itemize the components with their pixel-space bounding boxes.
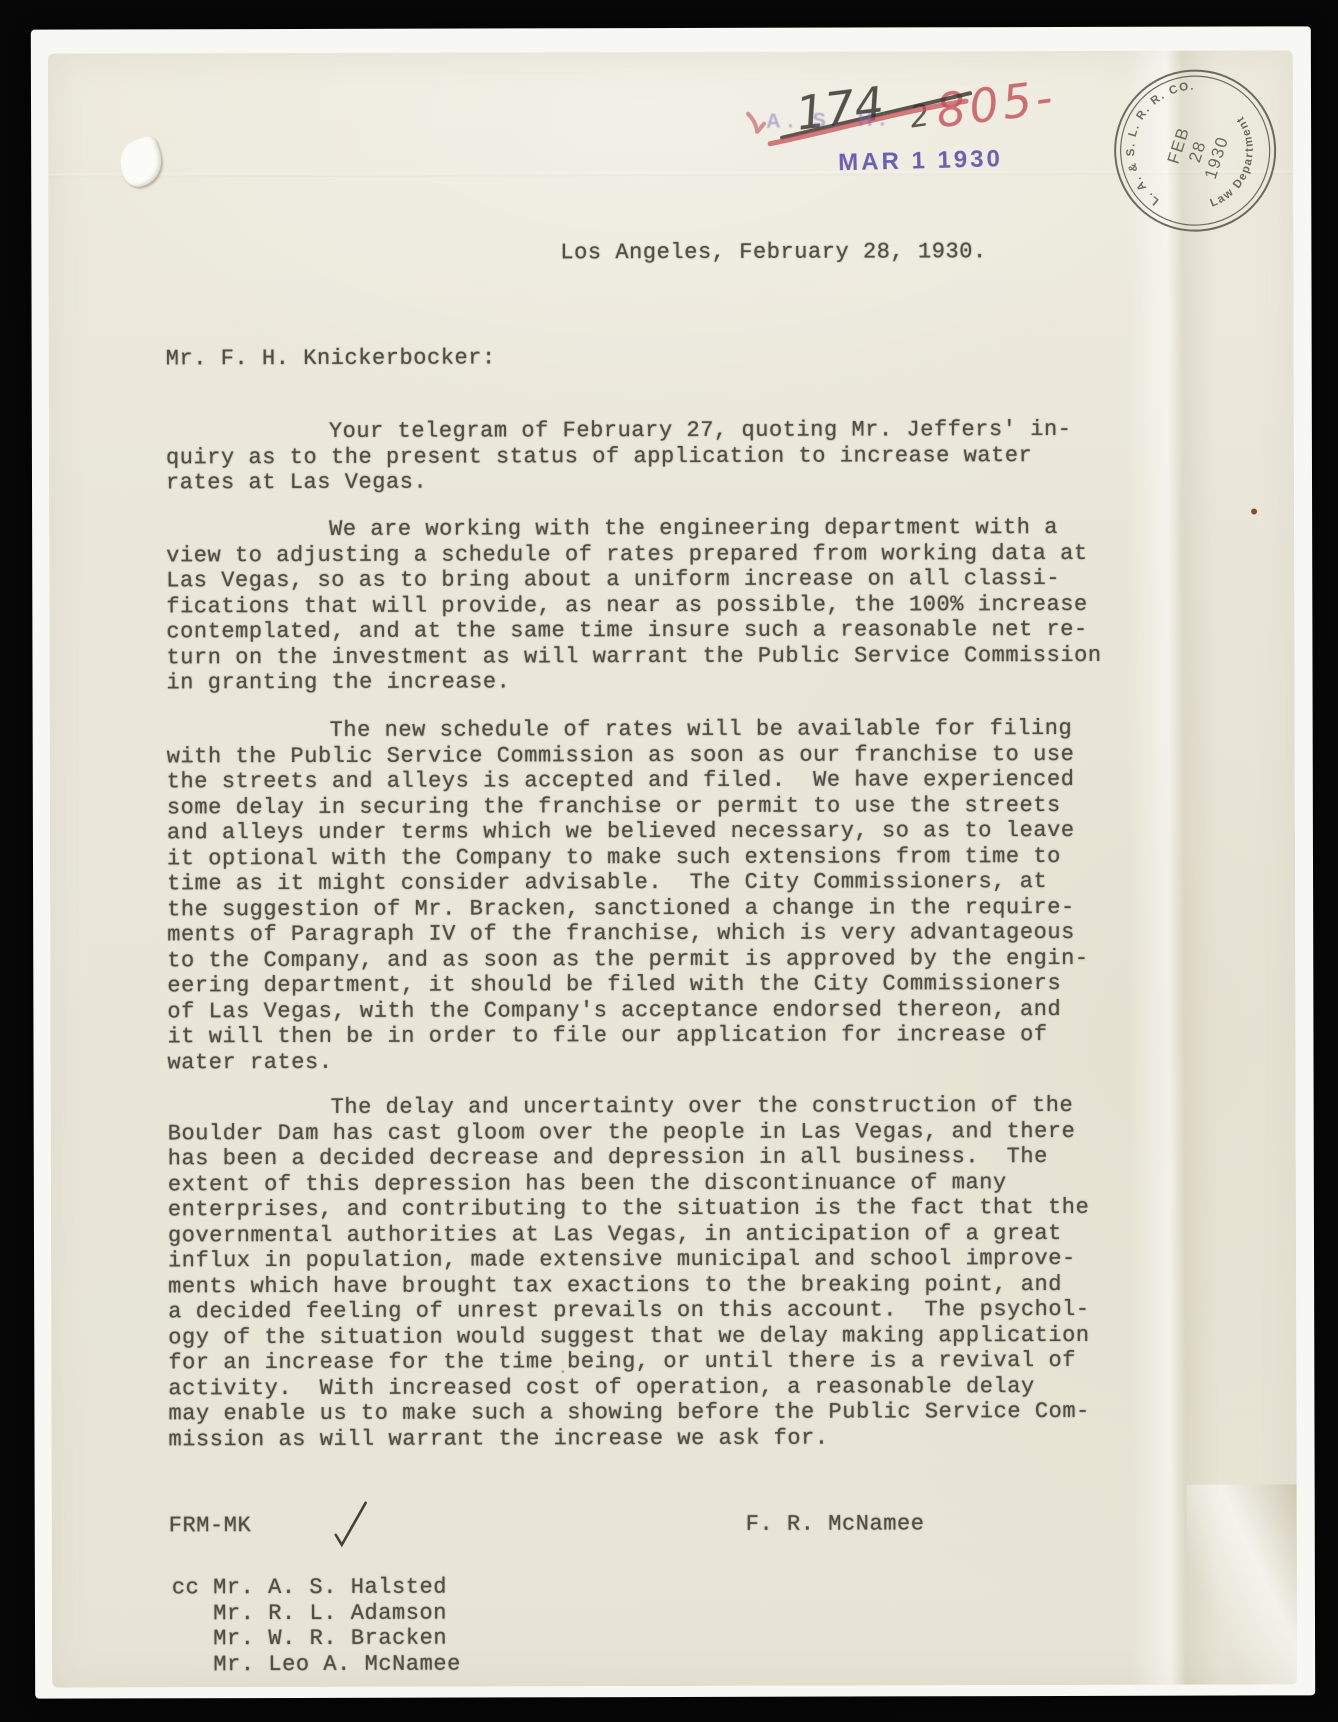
letter-line: some delay in securing the franchise or … [167, 792, 1088, 820]
letter-line: Las Vegas, so as to bring about a unifor… [166, 566, 1101, 594]
letter-line: The new schedule of rates will be availa… [167, 716, 1088, 744]
scanned-letter-page: 174 2 805- A. S. H. MAR 1 1930 [0, 0, 1338, 1722]
letter-line: mission as will warrant the increase we … [168, 1424, 1089, 1452]
letter-line: the streets and alleys is accepted and f… [167, 767, 1088, 795]
paragraph-1: Your telegram of February 27, quoting Mr… [166, 417, 1072, 496]
letter-line: and alleys under terms which we believed… [167, 818, 1088, 846]
letter-line: with the Public Service Commission as so… [167, 741, 1088, 769]
letter-line: a decided feeling of unrest prevails on … [168, 1297, 1089, 1325]
staple-tear-hole [114, 134, 168, 191]
letter-line: in granting the increase. [166, 668, 1101, 696]
letter-line: ogy of the situation would suggest that … [168, 1322, 1089, 1350]
letter-line: turn on the investment as will warrant t… [166, 642, 1101, 670]
letter-line: quiry as to the present status of applic… [166, 442, 1072, 470]
paragraph-4: The delay and uncertainty over the const… [168, 1093, 1090, 1452]
letter-line: time as it might consider advisable. The… [167, 869, 1088, 897]
letter-line: The delay and uncertainty over the const… [168, 1093, 1089, 1121]
salutation: Mr. F. H. Knickerbocker: [166, 345, 496, 371]
letter-line: the suggestion of Mr. Bracken, sanctione… [167, 894, 1088, 922]
letter-line: water rates. [167, 1047, 1088, 1075]
letter-line: Mr. W. R. Bracken [172, 1626, 461, 1652]
letter-line: ments of Paragraph IV of the franchise, … [167, 920, 1088, 948]
letter-line: view to adjusting a schedule of rates pr… [166, 540, 1101, 568]
signature: F. R. McNamee [746, 1511, 925, 1537]
cc-list: cc Mr. A. S. Halsted Mr. R. L. Adamson M… [172, 1575, 461, 1678]
letter-line: cc Mr. A. S. Halsted [172, 1575, 461, 1601]
letter-line: Mr. Leo A. McNamee [172, 1651, 461, 1677]
letter-line: has been a decided decrease and depressi… [168, 1144, 1089, 1172]
letter-line: We are working with the engineering depa… [166, 515, 1101, 543]
letter-line: influx in population, made extensive mun… [168, 1246, 1089, 1274]
pencil-small-number: 2 [908, 98, 932, 135]
letter-line: it optional with the Company to make suc… [167, 843, 1088, 871]
letter-line: Mr. R. L. Adamson [172, 1600, 461, 1626]
letter-line: may enable us to make such a showing bef… [168, 1399, 1089, 1427]
letter-line: Boulder Dam has cast gloom over the peop… [168, 1118, 1089, 1146]
letter-line: Your telegram of February 27, quoting Mr… [166, 417, 1072, 445]
letter-line: fications that will provide, as near as … [166, 591, 1101, 619]
checkmark [336, 1503, 366, 1545]
law-department-seal: L. A. & S. L. R. R. CO. Law Department F… [1095, 50, 1296, 251]
letter-paper: 174 2 805- A. S. H. MAR 1 1930 [48, 50, 1297, 1687]
letter-line: it will then be in order to file our app… [167, 1022, 1088, 1050]
red-curl-mark [748, 114, 764, 132]
paragraph-2: We are working with the engineering depa… [166, 515, 1102, 696]
letter-line: for an increase for the time being, or u… [168, 1348, 1089, 1376]
paper-speck [1251, 508, 1257, 514]
letter-line: activity. With increased cost of operati… [168, 1373, 1089, 1401]
letter-line: governmental authorities at Las Vegas, i… [168, 1220, 1089, 1248]
bottom-right-fold [1187, 1484, 1298, 1684]
letter-line: extent of this depression has been the d… [168, 1169, 1089, 1197]
letter-line: enterprises, and contributing to the sit… [168, 1195, 1089, 1223]
reference-initials: FRM-MK [169, 1513, 252, 1539]
letter-line: ments which have brought tax exactions t… [168, 1271, 1089, 1299]
dateline: Los Angeles, February 28, 1930. [560, 239, 986, 266]
letter-line: contemplated, and at the same time insur… [166, 617, 1101, 645]
vertical-crease [1126, 51, 1220, 1685]
letter-line: of Las Vegas, with the Company's accepta… [167, 996, 1088, 1024]
sheet-stack: 174 2 805- A. S. H. MAR 1 1930 [0, 0, 1338, 1722]
date-received-stamp: MAR 1 1930 [838, 145, 1003, 177]
initials-stamp: A. S. H. [766, 108, 892, 134]
paragraph-3: The new schedule of rates will be availa… [167, 716, 1089, 1075]
red-pencil-file-number: 805- [933, 70, 1059, 139]
letter-line: eering department, it should be filed wi… [167, 971, 1088, 999]
letter-line: to the Company, and as soon as the permi… [167, 945, 1088, 973]
letter-line: rates at Las Vegas. [166, 468, 1072, 496]
